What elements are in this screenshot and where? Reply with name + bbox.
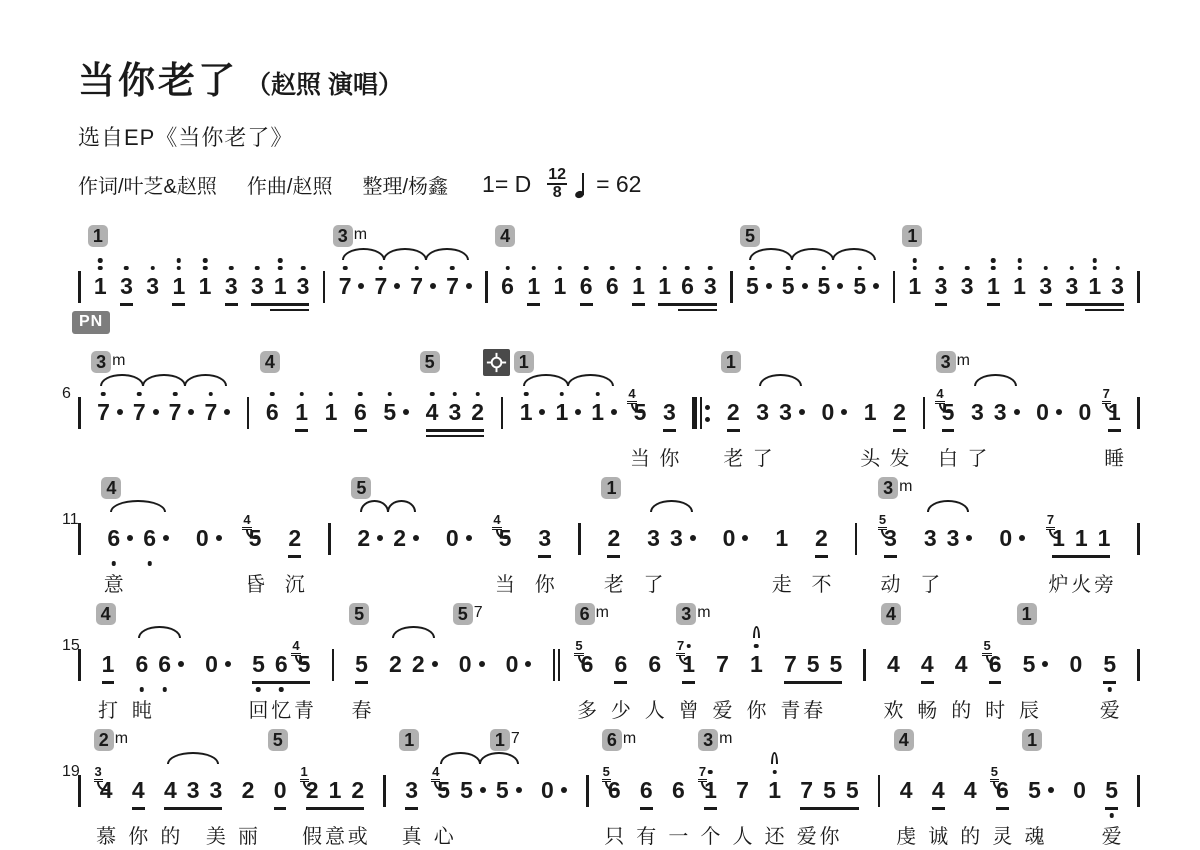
note-digit: 0: [723, 523, 736, 553]
note: 21老: [727, 397, 740, 427]
note-group: 3: [120, 271, 133, 306]
note: 3: [187, 775, 200, 805]
octave-dot-low: [112, 561, 117, 566]
octave-dot: [584, 266, 589, 271]
octave-dot: [786, 266, 791, 271]
note-body: 4你: [132, 775, 145, 805]
note-group: 21假1意2或: [306, 775, 364, 810]
octave-dots-high: [229, 266, 234, 271]
slur-hump: [138, 626, 181, 638]
slur-hump: [342, 248, 386, 260]
augmentation-dot: [802, 283, 808, 289]
grace-tie: [496, 529, 507, 539]
octave-dots-high: [430, 392, 435, 397]
note-body: 21老: [727, 397, 740, 427]
lyric: 当: [630, 442, 650, 471]
chord-suffix: m: [957, 351, 970, 371]
note: 3: [1039, 271, 1052, 301]
octave-dots-high: [708, 770, 713, 775]
augmentation-dot: [690, 535, 696, 541]
lyric: 你: [535, 568, 555, 597]
note-group: 31真: [405, 775, 418, 810]
note-body: 1还: [768, 775, 781, 805]
note-group: 656m只: [608, 775, 621, 805]
octave-dot: [772, 770, 777, 775]
barline: [78, 271, 81, 303]
note-group: 7青5春5: [784, 649, 842, 684]
note: 1你: [750, 649, 763, 679]
chord-suffix: m: [623, 729, 636, 749]
note: 1: [527, 271, 540, 301]
note-body: 64: [266, 397, 279, 427]
slur-hump: [110, 500, 166, 512]
note-digit: 0: [1069, 649, 1082, 679]
note-digit: 1: [295, 397, 308, 427]
note: 7青: [784, 649, 797, 679]
note-body: 65时: [989, 649, 1002, 679]
augmentation-dot: [394, 283, 400, 289]
note: 2不: [815, 523, 828, 553]
chord-suffix: m: [354, 225, 367, 245]
slur-hump: [387, 500, 416, 512]
note-digit: 2: [815, 523, 828, 553]
note-body: 1: [555, 397, 568, 427]
note: 3: [448, 397, 461, 427]
note-digit: 2: [412, 649, 425, 679]
note: 1: [554, 271, 567, 301]
augmentation-dot: [1048, 787, 1054, 793]
note-body: 11: [908, 271, 921, 301]
note-body: 5: [782, 271, 795, 301]
note-digit: 5: [1023, 649, 1036, 679]
chord-mark: 1: [1017, 603, 1037, 625]
octave-dot: [278, 266, 283, 271]
note: 2: [471, 397, 484, 427]
octave-dots-high: [1115, 266, 1120, 271]
note-body: 55春: [355, 649, 368, 679]
note: 7: [204, 397, 230, 427]
note-body: 5回: [252, 649, 265, 679]
note: 51辰: [1023, 649, 1049, 679]
grace-tie: [295, 655, 306, 665]
note: 5爱: [1103, 649, 1116, 679]
chord-mark: 3m: [878, 477, 912, 499]
note-group: 3你: [663, 397, 676, 432]
chord-mark: 3m: [333, 225, 367, 247]
lyric: 心: [434, 820, 454, 849]
note-body: 0: [999, 523, 1012, 553]
note-digit: 5: [1028, 775, 1041, 805]
note: 1: [555, 397, 581, 427]
octave-dot: [685, 266, 690, 271]
octave-dot: [203, 266, 208, 271]
note-group: 6有: [640, 775, 653, 810]
augmentation-dot: [430, 283, 436, 289]
octave-dot: [708, 266, 713, 271]
note-body: 3: [935, 271, 948, 301]
note-digit: 3: [1066, 271, 1079, 301]
grace-tie: [246, 529, 257, 539]
octave-dot: [414, 266, 419, 271]
note-digit: 5: [252, 649, 265, 679]
octave-dot: [913, 266, 918, 271]
chord-mark: 5: [349, 603, 369, 625]
note-digit: 0: [205, 649, 218, 679]
lyric: 个: [700, 820, 720, 849]
slur-arc: [139, 626, 180, 636]
chord-badge: 6: [575, 603, 595, 625]
chord-mark: 57: [453, 603, 483, 625]
octave-dot: [329, 392, 334, 397]
chord-badge: 1: [399, 729, 419, 751]
note-digit: 6: [614, 649, 627, 679]
octave-dots-high: [662, 266, 667, 271]
octave-dots-high: [772, 770, 777, 775]
note-digit: 4: [426, 397, 439, 427]
score-line: 19432m慕4你4的33美2丽0521假1意2或31真54心55170656m…: [78, 729, 1140, 850]
slur-arc: [343, 248, 468, 258]
credit-arranger: 整理/杨鑫: [362, 170, 448, 199]
note-digit: 5: [853, 271, 866, 301]
lyric: 你: [128, 820, 148, 849]
note-digit: 2: [607, 523, 620, 553]
note: 5: [818, 271, 844, 301]
note-digit: 1: [520, 397, 533, 427]
note-body: 1: [295, 397, 308, 427]
note-body: 17炉: [1052, 523, 1065, 553]
note-body: 5: [853, 271, 866, 301]
note: 44欢: [887, 649, 900, 679]
note-body: 6: [606, 271, 619, 301]
note-group: 3了3: [924, 523, 973, 553]
note: 44虔: [900, 775, 913, 805]
note-body: 31真: [405, 775, 418, 805]
note-digit: 7: [736, 775, 749, 805]
octave-dots-high: [505, 266, 510, 271]
note: 73m: [339, 271, 365, 301]
octave-dot: [1017, 266, 1022, 271]
slur-arc: [168, 752, 218, 762]
grace-tie: [631, 403, 642, 413]
octave-dot: [1070, 266, 1075, 271]
note-group: 313: [1066, 271, 1124, 306]
slur-arc: [975, 374, 1016, 384]
chord-badge: 4: [96, 603, 116, 625]
target-marker-icon[interactable]: [483, 349, 510, 376]
augmentation-dot: [841, 409, 847, 415]
credit-lyricist: 作词/叶芝&赵照: [78, 170, 217, 199]
slur-hump: [749, 248, 793, 260]
note-group: 1: [632, 271, 645, 306]
octave-dot: [708, 770, 713, 775]
barline: [383, 775, 386, 807]
lyric: 你: [819, 820, 839, 849]
note-body: 1走: [775, 523, 788, 553]
note-body: 54青: [298, 649, 311, 679]
slur-arc: [750, 248, 875, 258]
second-underline: [678, 309, 717, 312]
octave-dot: [1017, 258, 1022, 263]
note: 64: [266, 397, 279, 427]
chord-mark: 4: [260, 351, 280, 373]
note-group: 0: [196, 523, 222, 553]
slur-hump: [142, 374, 186, 386]
lyric: 丽: [238, 820, 258, 849]
note-body: 1: [325, 397, 338, 427]
note-digit: 4: [164, 775, 177, 805]
octave-dot: [124, 266, 129, 271]
octave-dots-high: [101, 392, 106, 397]
chord-mark: 1: [902, 225, 922, 247]
octave-dot: [524, 392, 529, 397]
note: 4的: [164, 775, 177, 805]
augmentation-dot: [561, 787, 567, 793]
note-body: 1: [1013, 271, 1026, 301]
note-body: 6: [681, 271, 694, 301]
octave-dot: [636, 266, 641, 271]
note: 656m多: [581, 649, 594, 679]
augmentation-dot: [516, 787, 522, 793]
chord-mark: 3m: [91, 351, 125, 373]
note: 0: [446, 523, 472, 553]
octave-dots-high: [1017, 258, 1022, 270]
slur-arc: [754, 626, 759, 636]
note-body: 3: [297, 271, 310, 301]
note: 54心: [437, 775, 450, 805]
note-body: 173m个: [704, 775, 717, 805]
note: 6: [681, 271, 694, 301]
note-body: 6有: [640, 775, 653, 805]
note-group: 21老: [727, 397, 740, 432]
note: 2: [389, 649, 402, 679]
grace-note: 7: [698, 765, 707, 782]
slur-hump: [759, 374, 802, 386]
note: 6有: [640, 775, 653, 805]
octave-dots-high: [209, 392, 214, 397]
chord-badge: 1: [1017, 603, 1037, 625]
grace-note: 5: [982, 639, 991, 656]
note: 3了: [924, 523, 937, 553]
grace-tie: [881, 529, 892, 539]
barline: [893, 271, 896, 303]
chord-mark: 1: [88, 225, 108, 247]
octave-dots-high: [329, 392, 334, 397]
note-group: 51辰: [1023, 649, 1049, 679]
grace-note: 4: [431, 765, 440, 782]
note-body: 3: [670, 523, 683, 553]
note: 5: [782, 271, 808, 301]
barline-thick: [692, 397, 697, 429]
second-underline: [426, 435, 484, 438]
note-body: 65灵: [996, 775, 1009, 805]
note: 173m个: [704, 775, 717, 805]
note-group: 0: [1073, 775, 1086, 805]
octave-dots-high: [991, 258, 996, 270]
chord-badge: 5: [420, 351, 440, 373]
note-digit: 3: [756, 397, 769, 427]
note-body: 0: [196, 523, 209, 553]
note-group: 173m个: [704, 775, 717, 810]
augmentation-dot: [466, 283, 472, 289]
octave-dots-high: [343, 266, 348, 271]
note-group: 4532: [426, 397, 484, 432]
barline: [1137, 649, 1140, 681]
barline: [328, 523, 331, 555]
note-body: 3: [704, 271, 717, 301]
lyric: 美: [206, 820, 226, 849]
octave-dots-high: [708, 266, 713, 271]
note-group: 55春: [355, 649, 368, 684]
note-body: 7: [169, 397, 182, 427]
lyric: 白: [938, 442, 958, 471]
note-body: 2: [412, 649, 425, 679]
lyric: 走: [772, 568, 792, 597]
repeat-dot: [705, 405, 710, 410]
barline: [485, 271, 488, 303]
note-group: 0: [999, 523, 1025, 553]
chord-badge: 1: [601, 477, 621, 499]
note: 6忆: [275, 649, 288, 679]
note-digit: 1: [274, 271, 287, 301]
note-group: 21老: [607, 523, 620, 558]
octave-dot: [1115, 266, 1120, 271]
note: 0: [1036, 397, 1062, 427]
octave-dot: [505, 266, 510, 271]
note: 0: [1069, 649, 1082, 679]
lyric: 青: [294, 694, 314, 723]
lyric: 不: [811, 568, 831, 597]
note-group: 1: [527, 271, 540, 306]
note: 0: [821, 397, 847, 427]
note-body: 55: [746, 271, 759, 301]
lyric: 当: [495, 568, 515, 597]
measure-number: 6: [62, 385, 71, 403]
measure-number: 19: [62, 763, 80, 781]
chord-mark: 1: [1022, 729, 1042, 751]
note-group: 4诚: [932, 775, 945, 810]
octave-dot: [209, 392, 214, 397]
note-digit: 2: [393, 523, 406, 553]
chord-badge: 1: [88, 225, 108, 247]
note-group: 1头: [864, 397, 877, 427]
note: 1: [1088, 271, 1101, 301]
note-group: 1: [199, 271, 212, 301]
pn-badge[interactable]: PN: [72, 311, 110, 334]
octave-dot: [558, 266, 563, 271]
note: 65时: [989, 649, 1002, 679]
note: 55春: [355, 649, 368, 679]
note: 7: [410, 271, 436, 301]
note: 6: [158, 649, 184, 679]
note: 7: [169, 397, 195, 427]
note-group: 1: [325, 397, 338, 427]
note-body: 64: [501, 271, 514, 301]
octave-dots-high: [453, 392, 458, 397]
note-digit: 0: [506, 649, 519, 679]
note-body: 6: [158, 649, 171, 679]
augmentation-dot: [403, 409, 409, 415]
slur-arc: [651, 500, 692, 510]
note-group: 1: [987, 271, 1000, 306]
note-digit: 1: [987, 271, 1000, 301]
chord-mark: 1: [514, 351, 534, 373]
lyric: 爱: [1102, 820, 1122, 849]
octave-dot: [1092, 258, 1097, 263]
slur-arc: [361, 500, 415, 510]
note: 517: [496, 775, 522, 805]
note-digit: 1: [1075, 523, 1088, 553]
tempo-value: = 62: [596, 171, 641, 198]
note-group: 6: [580, 271, 593, 306]
note-body: 4的: [955, 649, 968, 679]
octave-dot: [137, 392, 142, 397]
lyric: 沉: [285, 568, 305, 597]
slur-hump: [440, 752, 480, 764]
octave-dot: [177, 266, 182, 271]
note-body: 2不: [815, 523, 828, 553]
note-digit: 3: [647, 523, 660, 553]
note-digit: 1: [1013, 271, 1026, 301]
note: 1: [199, 271, 212, 301]
lyric: 了: [967, 442, 987, 471]
note-body: 656m多: [581, 649, 594, 679]
lyric: 慕: [96, 820, 116, 849]
augmentation-dot: [525, 661, 531, 667]
slur-arc: [393, 626, 434, 636]
octave-dots-high: [531, 266, 536, 271]
note: 1: [658, 271, 671, 301]
note: 0: [541, 775, 567, 805]
note-body: 5: [818, 271, 831, 301]
note-group: 51魂: [1028, 775, 1054, 805]
note-body: 7: [204, 397, 217, 427]
note-group: 656m多: [581, 649, 594, 679]
note-group: 1走: [775, 523, 788, 553]
note-group: 5爱: [1105, 775, 1118, 810]
note: 21假: [306, 775, 319, 805]
note-group: 6一: [672, 775, 685, 805]
barline: [1137, 523, 1140, 555]
note-digit: 4: [964, 775, 977, 805]
octave-dot: [270, 392, 275, 397]
lyric: 假: [302, 820, 322, 849]
note-digit: 3: [146, 271, 159, 301]
slur-hump: [753, 626, 760, 638]
augmentation-dot: [611, 409, 617, 415]
grace-tie: [434, 781, 445, 791]
score-area: PN113311331373m7776411661163555551133113…: [78, 225, 1140, 850]
note-group: 0: [205, 649, 231, 679]
note-body: 3: [146, 271, 159, 301]
chord-mark: 4: [881, 603, 901, 625]
note-group: 64意6: [107, 523, 169, 553]
score-line: 673m7776411654532111154当3你21老3了301头2发543…: [78, 351, 1140, 477]
octave-dot-low: [147, 561, 152, 566]
time-signature: 12 8: [547, 167, 567, 201]
lyric: 爱: [797, 820, 817, 849]
octave-dots-high: [270, 392, 275, 397]
note: 4诚: [932, 775, 945, 805]
chord-badge: 5: [268, 729, 288, 751]
note-group: 163: [658, 271, 716, 306]
note-body: 5爱: [1105, 775, 1118, 805]
measure-number: 15: [62, 637, 80, 655]
lyric: 爱: [713, 694, 733, 723]
note: 1: [632, 271, 645, 301]
note: 3: [1066, 271, 1079, 301]
note-group: 5: [383, 397, 409, 427]
note-group: 7爱5你5: [800, 775, 858, 810]
